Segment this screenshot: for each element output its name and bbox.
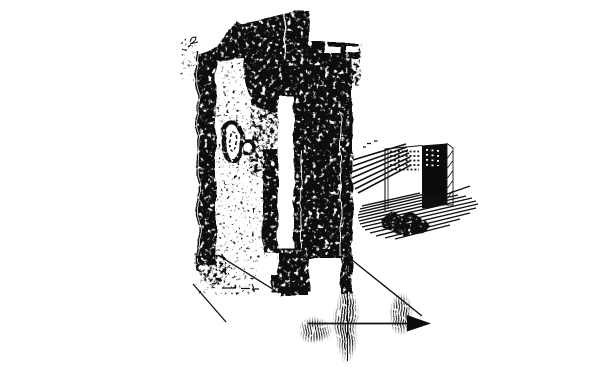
frame-corner-spray: [342, 56, 360, 86]
post-scratch: [285, 13, 286, 60]
arrow-diagonal-line: [352, 260, 422, 316]
post-scratch-lower: [301, 148, 302, 252]
door-opening-gap: [278, 96, 294, 248]
stray-dot: [306, 34, 309, 37]
threshold-block: [280, 282, 307, 296]
door-left-stile: [198, 48, 216, 266]
door-left-edge-line: [197, 50, 199, 265]
knob-shank: [243, 141, 255, 153]
illustration-canvas: [0, 0, 600, 376]
building-top-dashes: [363, 141, 378, 147]
threshold-block: [294, 248, 310, 282]
building: [363, 141, 453, 212]
arrow-head: [407, 315, 431, 332]
knob-spray-shading: [250, 96, 280, 186]
header-slot: [346, 45, 359, 52]
streak-cluster-left: [297, 315, 333, 344]
knob-drip-dot: [250, 159, 254, 163]
door-illustration: [0, 0, 600, 376]
header-slot: [325, 47, 341, 54]
